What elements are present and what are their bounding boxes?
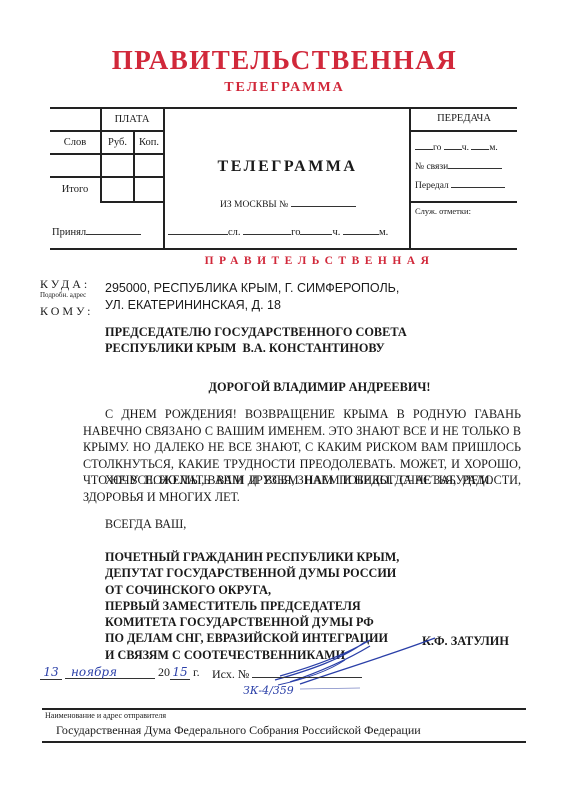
outgoing-blank — [252, 665, 362, 678]
p-go-label: го — [433, 143, 441, 153]
signature-line: ПЕРВЫЙ ЗАМЕСТИТЕЛЬ ПРЕДСЕДАТЕЛЯ — [105, 598, 399, 614]
form-line — [50, 153, 165, 155]
p-ch-blank — [444, 139, 462, 150]
form-line — [409, 107, 411, 249]
year-value: 15 — [170, 665, 190, 680]
year-prefix: 20 — [158, 665, 170, 679]
time-fields[interactable]: сл. гоч. м. — [168, 224, 388, 238]
podrob-label: Подробн. адрес — [40, 291, 86, 299]
p-ch-label: ч. — [462, 143, 469, 153]
outgoing-number-field[interactable]: Исх. № — [212, 665, 362, 682]
signature-line: КОМИТЕТА ГОСУДАРСТВЕННОЙ ДУМЫ РФ — [105, 614, 399, 630]
svyazi-label: № связи — [415, 162, 448, 172]
paragraph-2: ХОЧУ ПОЖЕЛАТЬ ВАМ И ВСЕМ НАМ ПОБЕДЫ. СЧА… — [83, 472, 521, 505]
prinyal-blank — [86, 224, 141, 235]
form-line — [410, 201, 517, 203]
outgoing-number-value: ЗК-4/359 — [243, 684, 294, 697]
address-line-1: 295000, РЕСПУБЛИКА КРЫМ, Г. СИМФЕРОПОЛЬ, — [105, 280, 399, 297]
kop-label: Коп. — [134, 137, 164, 148]
form-line — [50, 176, 165, 178]
month-value: ноября — [65, 665, 155, 679]
form-top-border — [50, 107, 517, 109]
form-bottom-border — [50, 248, 517, 250]
sl-label: сл. — [228, 227, 241, 238]
kuda-label: КУДА: — [40, 277, 90, 292]
p-m-blank — [471, 139, 489, 150]
document-subtitle: ТЕЛЕГРАММА — [0, 80, 569, 96]
recipient-line-1: ПРЕДСЕДАТЕЛЮ ГОСУДАРСТВЕННОГО СОВЕТА — [105, 325, 407, 340]
from-moscow-blank — [291, 196, 356, 207]
slov-label: Слов — [50, 137, 100, 148]
red-band-title: ПРАВИТЕЛЬСТВЕННАЯ — [0, 255, 569, 267]
sender-bottom-rule — [42, 741, 526, 743]
itogo-label: Итого — [50, 184, 100, 195]
komu-label: КОМУ: — [40, 304, 93, 319]
outgoing-label: Исх. № — [212, 667, 249, 681]
from-moscow-field[interactable]: ИЗ МОСКВЫ № — [220, 196, 356, 210]
peredal-field[interactable]: Передал — [415, 177, 505, 191]
greeting: ДОРОГОЙ ВЛАДИМИР АНДРЕЕВИЧ! — [0, 380, 569, 395]
from-moscow-label: ИЗ МОСКВЫ № — [220, 200, 288, 210]
signature-line: ОТ СОЧИНСКОГО ОКРУГА, — [105, 582, 399, 598]
sender-label: Наименование и адрес отправителя — [45, 711, 166, 720]
signature-line: ПОЧЕТНЫЙ ГРАЖДАНИН РЕСПУБЛИКИ КРЫМ, — [105, 549, 399, 565]
signature-line: ДЕПУТАТ ГОСУДАРСТВЕННОЙ ДУМЫ РОССИИ — [105, 565, 399, 581]
sluzh-label: Служ. отметки: — [415, 206, 471, 216]
peredacha-time-fields[interactable]: го ч. м. — [415, 139, 498, 153]
document-title: ПРАВИТЕЛЬСТВЕННАЯ — [0, 45, 569, 76]
m-blank — [343, 224, 379, 235]
peredal-label: Передал — [415, 181, 449, 191]
prinyal-label: Принял — [52, 227, 86, 238]
sender-top-rule — [42, 708, 526, 710]
svyazi-blank — [448, 158, 502, 169]
prinyal-field[interactable]: Принял — [52, 224, 141, 238]
rub-label: Руб. — [101, 137, 134, 148]
address-line-2: УЛ. ЕКАТЕРИНИНСКАЯ, Д. 18 — [105, 297, 281, 314]
sl-blank — [168, 224, 228, 235]
go-blank — [243, 224, 291, 235]
m-label: м. — [379, 227, 388, 238]
year-suffix: г. — [193, 665, 200, 679]
date-field[interactable]: 13 ноября 2015 г. — [40, 665, 200, 680]
p-m-label: м. — [489, 143, 497, 153]
svyazi-field[interactable]: № связи — [415, 158, 502, 172]
plata-label: ПЛАТА — [100, 114, 164, 125]
form-line — [410, 130, 517, 132]
ch-label: ч. — [332, 227, 340, 238]
go-label: го — [291, 227, 300, 238]
form-line — [163, 107, 165, 249]
sender-name: Государственная Дума Федерального Собран… — [56, 723, 421, 738]
recipient-line-2: РЕСПУБЛИКИ КРЫМ В.А. КОНСТАНТИНОВУ — [105, 341, 385, 356]
peredal-blank — [451, 177, 505, 188]
telegram-heading: ТЕЛЕГРАММА — [165, 158, 410, 176]
peredacha-label: ПЕРЕДАЧА — [411, 113, 517, 124]
closing: ВСЕГДА ВАШ, — [105, 517, 186, 532]
day-value: 13 — [40, 665, 62, 680]
form-line — [50, 130, 165, 132]
p-go-blank — [415, 139, 433, 150]
ch-blank — [300, 224, 332, 235]
